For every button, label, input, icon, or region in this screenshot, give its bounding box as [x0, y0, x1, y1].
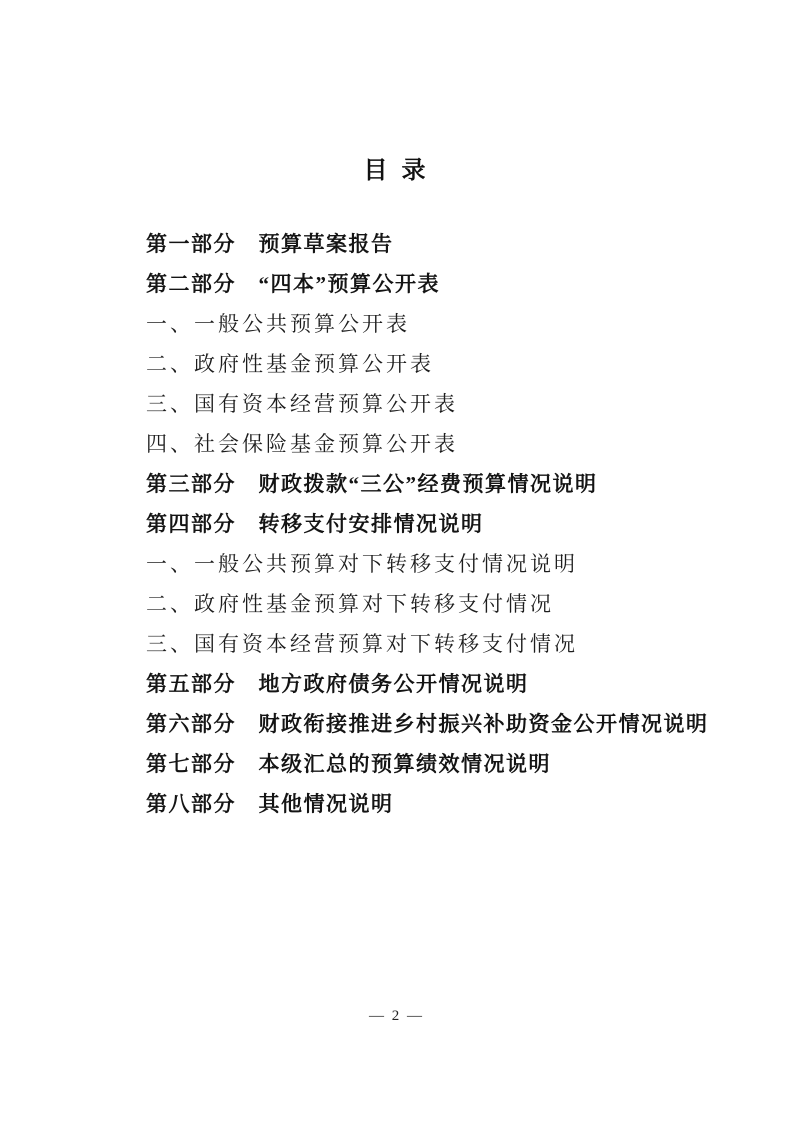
document-page: 目 录 第一部分 预算草案报告 第二部分 “四本”预算公开表 一、一般公共预算公… [0, 0, 793, 1122]
page-title: 目 录 [0, 150, 793, 185]
toc-entry-text: 一、一般公共预算公开表 [146, 312, 410, 336]
page-number: — 2 — [0, 1008, 793, 1025]
toc-entry: 第八部分 其他情况说明 [146, 784, 733, 824]
toc-entry-text: 一、一般公共预算对下转移支付情况说明 [146, 552, 578, 576]
toc-entry-text: 第八部分 其他情况说明 [146, 792, 394, 816]
toc-entry: 第四部分 转移支付安排情况说明 [146, 504, 733, 544]
toc-entry: 二、政府性基金预算对下转移支付情况 [146, 584, 733, 624]
toc-entry-text: 第六部分 财政衔接推进乡村振兴补助资金公开情况说明 [146, 712, 709, 736]
toc-entry: 第二部分 “四本”预算公开表 [146, 264, 733, 304]
toc-entry-text: 四、社会保险基金预算公开表 [146, 432, 458, 456]
toc-entry: 一、一般公共预算公开表 [146, 304, 733, 344]
toc-entry: 第三部分 财政拨款“三公”经费预算情况说明 [146, 464, 733, 504]
toc-entry: 三、国有资本经营预算公开表 [146, 384, 733, 424]
toc-entry-text: 三、国有资本经营预算公开表 [146, 392, 458, 416]
toc-entry: 三、国有资本经营预算对下转移支付情况 [146, 624, 733, 664]
toc-entry: 第六部分 财政衔接推进乡村振兴补助资金公开情况说明 [146, 704, 733, 744]
toc-entry: 第一部分 预算草案报告 [146, 224, 733, 264]
toc-entry: 第七部分 本级汇总的预算绩效情况说明 [146, 744, 733, 784]
toc-entry: 四、社会保险基金预算公开表 [146, 424, 733, 464]
toc-entry-text: 第二部分 “四本”预算公开表 [146, 272, 440, 296]
toc-entry: 第五部分 地方政府债务公开情况说明 [146, 664, 733, 704]
toc-entry-text: 第三部分 财政拨款“三公”经费预算情况说明 [146, 472, 598, 496]
toc-entry: 二、政府性基金预算公开表 [146, 344, 733, 384]
toc-entry-text: 第七部分 本级汇总的预算绩效情况说明 [146, 752, 551, 776]
toc-entry: 一、一般公共预算对下转移支付情况说明 [146, 544, 733, 584]
toc-entry-text: 第一部分 预算草案报告 [146, 232, 394, 256]
toc-entry-text: 第五部分 地方政府债务公开情况说明 [146, 672, 529, 696]
toc-entry-text: 三、国有资本经营预算对下转移支付情况 [146, 632, 578, 656]
toc-list: 第一部分 预算草案报告 第二部分 “四本”预算公开表 一、一般公共预算公开表 二… [146, 224, 733, 824]
toc-entry-text: 二、政府性基金预算公开表 [146, 352, 434, 376]
toc-entry-text: 二、政府性基金预算对下转移支付情况 [146, 592, 554, 616]
toc-entry-text: 第四部分 转移支付安排情况说明 [146, 512, 484, 536]
